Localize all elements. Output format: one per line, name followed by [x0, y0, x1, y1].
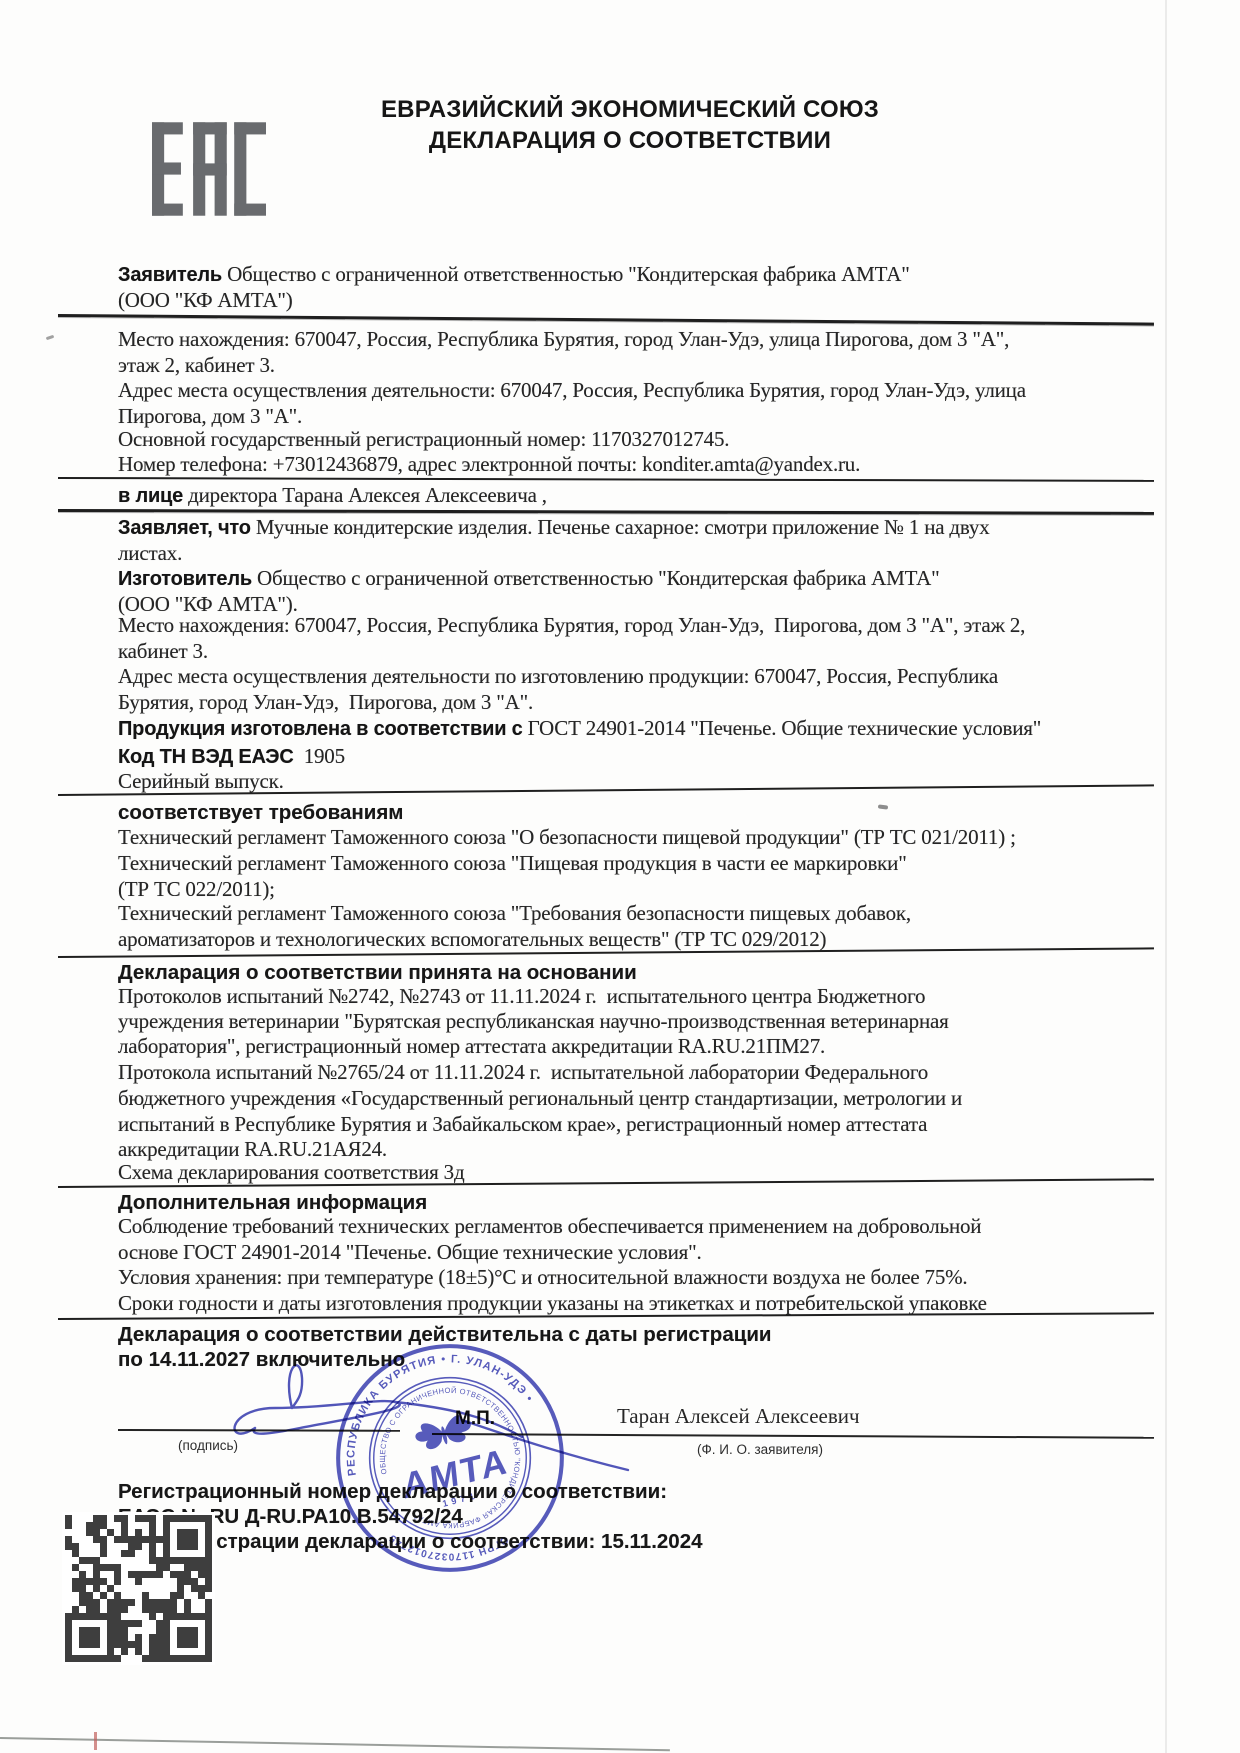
scan-speck: [46, 335, 55, 340]
protocol-1-line-2: учреждения ветеринарии "Бурятская респуб…: [118, 1009, 949, 1034]
additional-info-line-1: Соблюдение требований технических реглам…: [118, 1214, 981, 1239]
shelf-life-line: Сроки годности и даты изготовления проду…: [118, 1291, 987, 1316]
title-line-1: ЕВРАЗИЙСКИЙ ЭКОНОМИЧЕСКИЙ СОЮЗ: [320, 94, 940, 125]
page-title: ЕВРАЗИЙСКИЙ ЭКОНОМИЧЕСКИЙ СОЮЗ ДЕКЛАРАЦИ…: [320, 94, 940, 156]
section-divider: [58, 314, 1154, 326]
location-line-2: этаж 2, кабинет 3.: [118, 353, 275, 378]
regulation-3-line-2: ароматизаторов и технологических вспомог…: [118, 927, 826, 952]
protocol-1-line-1: Протоколов испытаний №2742, №2743 от 11.…: [118, 984, 925, 1009]
phone-email-line: Номер телефона: +73012436879, адрес элек…: [118, 452, 860, 477]
basis-heading: Декларация о соответствии принята на осн…: [118, 961, 637, 985]
mfr-location-line-2: кабинет 3.: [118, 639, 208, 664]
regulation-2-line-2: (ТР ТС 022/2011);: [118, 877, 275, 902]
scan-speck: [878, 804, 888, 809]
protocol-2-line-1: Протокола испытаний №2765/24 от 11.11.20…: [118, 1060, 928, 1085]
regulation-1: Технический регламент Таможенного союза …: [118, 825, 1016, 850]
mfr-activity-line-2: Бурятия, город Улан-Удэ, Пирогова, дом 3…: [118, 690, 533, 715]
location-line-1: Место нахождения: 670047, Россия, Респуб…: [118, 327, 1009, 352]
company-stamp: РЕСПУБЛИКА БУРЯТИЯ • Г. УЛАН-УДЭ • ОГРН …: [328, 1336, 572, 1580]
declaration-document: ЕВРАЗИЙСКИЙ ЭКОНОМИЧЕСКИЙ СОЮЗ ДЕКЛАРАЦИ…: [0, 0, 1240, 1753]
made-per-line: Продукция изготовлена в соответствии с Г…: [118, 716, 1041, 742]
title-line-2: ДЕКЛАРАЦИЯ О СООТВЕТСТВИИ: [320, 125, 940, 156]
additional-info-line-2: основе ГОСТ 24901-2014 "Печенье. Общие т…: [118, 1240, 702, 1265]
additional-info-heading: Дополнительная информация: [118, 1191, 427, 1215]
serial-line: Серийный выпуск.: [118, 769, 284, 794]
meets-requirements-heading: соответствует требованиям: [118, 801, 403, 825]
mfr-activity-line-1: Адрес места осуществления деятельности п…: [118, 664, 998, 689]
protocol-2-line-4: аккредитации RA.RU.21АЯ24.: [118, 1137, 387, 1162]
eac-letter-e: [152, 122, 183, 215]
scheme-line: Схема декларирования соответствия 3д: [118, 1160, 464, 1185]
scan-tick: [94, 1732, 97, 1750]
scan-edge-right: [1165, 0, 1167, 1753]
regulation-3-line-1: Технический регламент Таможенного союза …: [118, 901, 911, 926]
declares-line-1: Заявляет, что Мучные кондитерские издели…: [118, 515, 990, 541]
protocol-2-line-3: испытаний в Республике Бурятия и Забайка…: [118, 1112, 927, 1137]
protocol-1-line-3: лаборатория", регистрационный номер атте…: [118, 1034, 825, 1059]
activity-address-line-2: Пирогова, дом 3 "А".: [118, 404, 302, 429]
regulation-2-line-1: Технический регламент Таможенного союза …: [118, 851, 907, 876]
eac-logo-icon: [152, 120, 266, 218]
qr-code: [62, 1512, 215, 1665]
manufacturer-line-1: Изготовитель Общество с ограниченной отв…: [118, 566, 940, 592]
in-person-line: в лице директора Тарана Алексея Алексеев…: [118, 483, 547, 509]
ogrn-line: Основной государственный регистрационный…: [118, 427, 729, 452]
section-divider: [58, 477, 1154, 482]
applicant-line: Заявитель Общество с ограниченной ответс…: [118, 262, 910, 288]
declares-line-2: листах.: [118, 541, 182, 566]
protocol-2-line-2: бюджетного учреждения «Государственный р…: [118, 1086, 962, 1111]
scan-edge-bottom: [0, 1737, 670, 1751]
mfr-location-line-1: Место нахождения: 670047, Россия, Респуб…: [118, 613, 1025, 638]
eac-letter-a: [193, 122, 227, 215]
storage-conditions-line: Условия хранения: при температуре (18±5)…: [118, 1265, 967, 1290]
section-divider: [58, 509, 1154, 515]
butterfly-icon: [413, 1413, 475, 1453]
applicant-line-2: (ООО "КФ АМТА"): [118, 288, 293, 313]
activity-address-line-1: Адрес места осуществления деятельности: …: [118, 378, 1026, 403]
tnved-line: Код ТН ВЭД ЕАЭС 1905: [118, 744, 345, 770]
eac-letter-c: [234, 122, 266, 215]
